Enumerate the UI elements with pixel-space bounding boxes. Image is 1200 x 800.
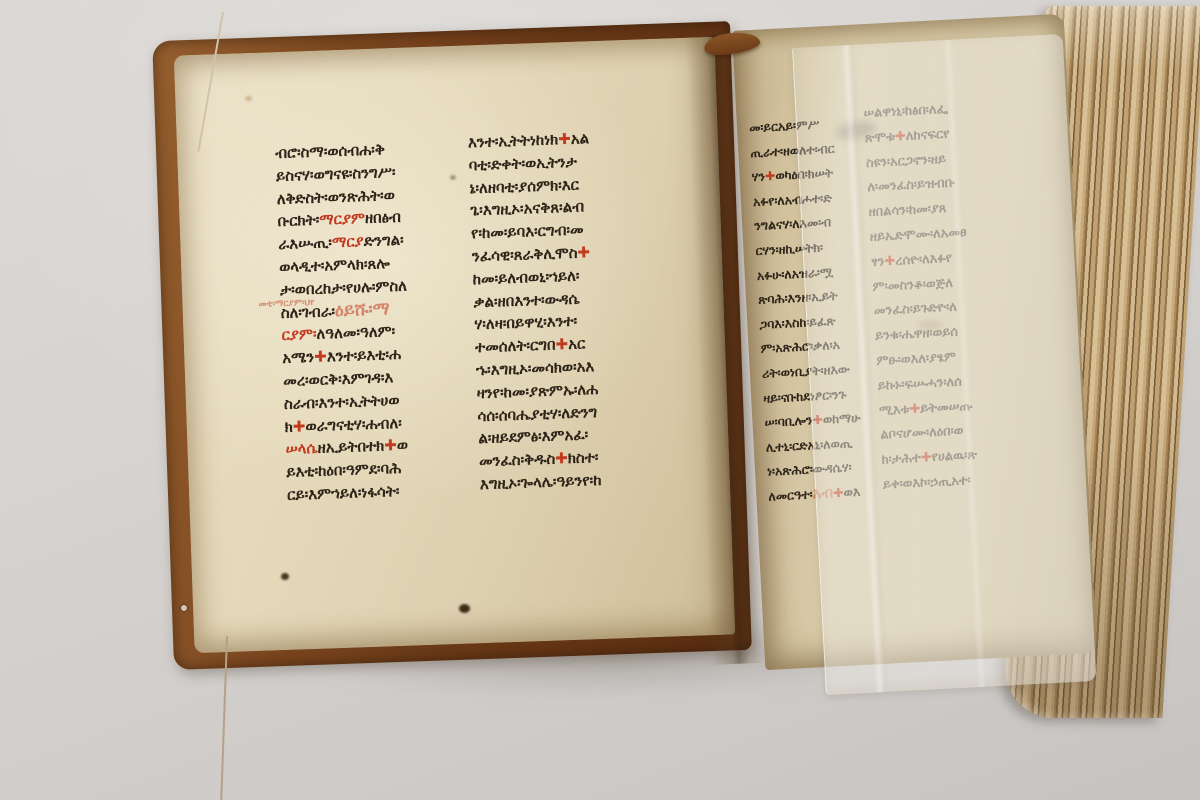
- black-ink: ሃ፡ለዛ፡በይዋሂ፡እንተ፡: [474, 312, 577, 334]
- red-ink: ✚: [293, 417, 306, 435]
- cover-tack: [181, 605, 187, 611]
- black-ink: ሠ፡ባቢሎን: [764, 412, 813, 429]
- red-ink: ✚: [765, 168, 776, 184]
- red-ink: ማርያም: [319, 209, 365, 229]
- black-ink: ዘኢይትበተክ: [317, 437, 384, 457]
- black-ink: ድንግል፡: [363, 231, 404, 250]
- ink-spot: [459, 604, 470, 613]
- fox-spot: [245, 96, 252, 101]
- black-ink: ይስናሃ፡ወግናዩ፡ስንግሥ፡: [276, 163, 396, 185]
- black-ink: እንተ፡ኢትትነከነክ: [468, 130, 559, 151]
- black-ink: ከመ፡ይለብወኒ፡ኀይለ፡: [472, 266, 579, 288]
- black-ink: ወራግናቲሃ፡ሐብለ፡: [305, 413, 402, 434]
- red-ink: ✚: [314, 348, 327, 366]
- black-ink: ርይ፡እምኀይለ፡ነፋሳት፡: [287, 482, 400, 504]
- black-ink: ንፈሳዊ፡ጸራቅሊሞስ: [472, 244, 578, 266]
- ink-spot: [281, 573, 289, 580]
- black-ink: እግዚኦ፡ጐላሌ፡ዓይንየ፡ከ: [480, 471, 602, 493]
- red-ink: ✚: [558, 130, 571, 148]
- black-ink: ዛንየ፡ከመ፡ያጽምኡ፡ለሐ: [476, 380, 598, 402]
- left-page-column-2: እንተ፡ኢትትነከነክ✚አልባቲ፡ድቀት፡ወኢትንታኔ፡ለዘባቲ፡ያሰምክ፡እር…: [468, 123, 714, 496]
- black-ink: ለመርዓተ፡: [768, 486, 813, 503]
- black-ink: ብሮ፡ስማ፡ወሰብሐ፡ቅ: [275, 140, 385, 162]
- black-ink: ለዓለመ፡ዓለም፡: [316, 322, 395, 343]
- red-ink: ✚: [384, 436, 397, 454]
- red-ink: ✚: [555, 449, 568, 467]
- black-ink: ራእሡጢ፡: [278, 233, 332, 253]
- black-ink: ወ: [396, 436, 408, 454]
- left-page: ብሮ፡ስማ፡ወሰብሐ፡ቅይስናሃ፡ወግናዩ፡ስንግሥ፡ለቅድስት፡ወንጽሕት፡ወ…: [174, 37, 736, 654]
- black-ink: ኁ፡እግዚኦ፡መሳክወ፡አእ: [476, 357, 595, 379]
- black-ink: ይእቲ፡ከዕበ፡ዓምደ፡ባሕ: [286, 459, 402, 481]
- black-ink: ጌ፡እግዚኦ፡አናቅጸ፡ልብ: [470, 198, 584, 220]
- tissue-guard-sheet: [792, 34, 1097, 695]
- black-ink: ቡርክት፡: [277, 211, 319, 230]
- black-ink: አር: [568, 335, 586, 354]
- black-ink: ወላዲተ፡አምላክ፡ጸሎ: [279, 254, 390, 276]
- black-ink: አል: [570, 129, 589, 148]
- black-ink: ስራብ፡እንተ፡ኢትትሀወ: [284, 391, 400, 413]
- black-ink: ተመሰለት፡ርግበ: [475, 336, 556, 357]
- fox-spot: [450, 175, 456, 180]
- black-ink: መንፈስ፡ቅዱስ: [479, 450, 556, 471]
- red-ink: ✚: [555, 335, 568, 353]
- black-ink: እንተ፡ይእቲ፡ሐ: [326, 345, 401, 366]
- faded-red-ink: ዕይሹ፡ማ: [335, 299, 390, 321]
- black-ink: ቃል፡ዘበእንተ፡ውዳሴ: [473, 289, 580, 311]
- black-ink: ታ፡ወበረከታ፡የሀሉ፡ምስለ: [280, 276, 408, 298]
- black-ink: ል፡ዘይደምፅ፡እምአፈ፡: [478, 426, 588, 448]
- red-ink: ሠላሴ: [285, 439, 318, 458]
- black-ink: ክስተ፡: [567, 448, 598, 467]
- left-page-column-1: ብሮ፡ስማ፡ወሰብሐ፡ቅይስናሃ፡ወግናዩ፡ስንግሥ፡ለቅድስት፡ወንጽሕት፡ወ…: [275, 135, 480, 506]
- black-ink: ሃን: [751, 169, 765, 185]
- black-ink: አሜን: [282, 348, 314, 367]
- black-ink: ለቅድስት፡ወንጽሕት፡ወ: [276, 186, 395, 208]
- red-ink: ✚: [577, 243, 590, 261]
- black-ink: ኔ፡ለዘባቲ፡ያሰምክ፡እር: [469, 175, 579, 197]
- black-ink: ሳሰ፡ሰባሔያቲሃ፡ለድንግ: [477, 403, 597, 425]
- photo-background: ብሮ፡ስማ፡ወሰብሐ፡ቅይስናሃ፡ወግናዩ፡ስንግሥ፡ለቅድስት፡ወንጽሕት፡ወ…: [0, 0, 1200, 800]
- red-ink: ርያም፡: [281, 325, 317, 344]
- black-ink: ዘበፅብ: [365, 208, 401, 227]
- black-ink: መረ፡ወርቅ፡እምገዳ፡እ: [283, 368, 394, 390]
- interlinear-red-note: መቲ፡ማርያም፡ህየ: [258, 298, 314, 310]
- black-ink: የ፡ከመ፡ይባእ፡ርግብ፡መ: [471, 221, 584, 243]
- red-ink: ማርያ: [332, 232, 364, 251]
- black-ink: ባቲ፡ድቀት፡ወኢትንታ: [468, 152, 577, 174]
